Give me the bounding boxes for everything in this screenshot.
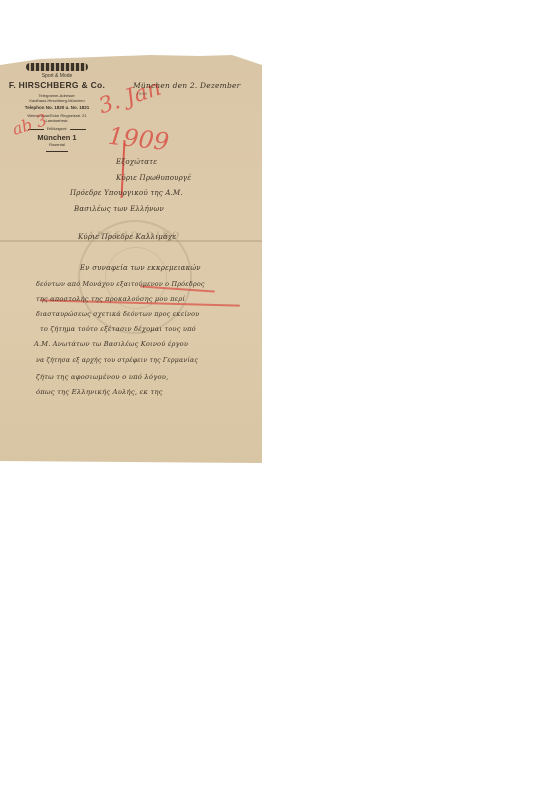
letterhead-ornament-icon <box>26 63 88 71</box>
body-line-6: Α.Μ. Ανωτάτων τω Βασιλέως Κοινού έργου <box>34 340 188 348</box>
greeting-line: Κύριε Πρόεδρε Καλλιμάχε <box>78 233 176 241</box>
divider-rule-right <box>70 129 86 130</box>
body-line-7: να ζήτησα εξ αρχής του στρέφειν της Γερμ… <box>36 357 198 364</box>
letterhead-city-sub: Rosental <box>6 142 108 147</box>
letter-place-date: München den 2. Dezember <box>133 81 240 90</box>
body-line-1: Εν συναφεία των εκκρεμειακών <box>80 264 201 272</box>
letterhead-bottom-rule <box>46 151 68 152</box>
letterhead-firm-name: F. HIRSCHBERG & Co. <box>6 80 108 90</box>
letter-page: ΑΡΧΕΙΟ ΟΙΚΟ Sport & Mode F. HIRSCHBERG &… <box>0 55 262 463</box>
letterhead-telegram-address: Kaufhaus-Hirschberg-München <box>6 98 108 103</box>
salutation-line-1: Εξοχώτατε <box>116 158 157 166</box>
salutation-line-2: Κύριε Πρωθυπουργέ <box>116 174 191 182</box>
letterhead-telephone: Telephon No. 1820 u. No. 1821 <box>6 105 108 110</box>
divider-label: Erfüllungsort: <box>47 127 68 131</box>
body-line-2: δεόντων από Μονάχου εξαιτούμενον ο Πρόεδ… <box>36 280 205 288</box>
body-line-4: διασταυρώσεως σχετικά δεόντων προς εκείν… <box>36 310 199 318</box>
letterhead-tagline: Sport & Mode <box>6 73 108 79</box>
salutation-line-4: Βασιλέως των Ελλήνων <box>74 205 164 213</box>
body-line-9: όπως της Ελληνικής Αυλής, εκ της <box>36 388 163 396</box>
body-line-5: το ζήτημα τούτο εξέτασιν δέχομαι τους υπ… <box>40 325 196 333</box>
salutation-line-3: Πρόεδρε Υπουργικού της Α.Μ. <box>70 189 183 197</box>
letterhead: Sport & Mode F. HIRSCHBERG & Co. Telegra… <box>6 63 108 154</box>
body-line-3: της αποστολής της προκαλούσης μου περί <box>36 295 185 303</box>
body-line-8: ζήτω της αφοσιωμένου ο υπό λόγου, <box>36 373 168 381</box>
letter-place-date-sub: 1908 <box>136 91 147 96</box>
red-annotation-year: 1909 <box>107 122 171 156</box>
